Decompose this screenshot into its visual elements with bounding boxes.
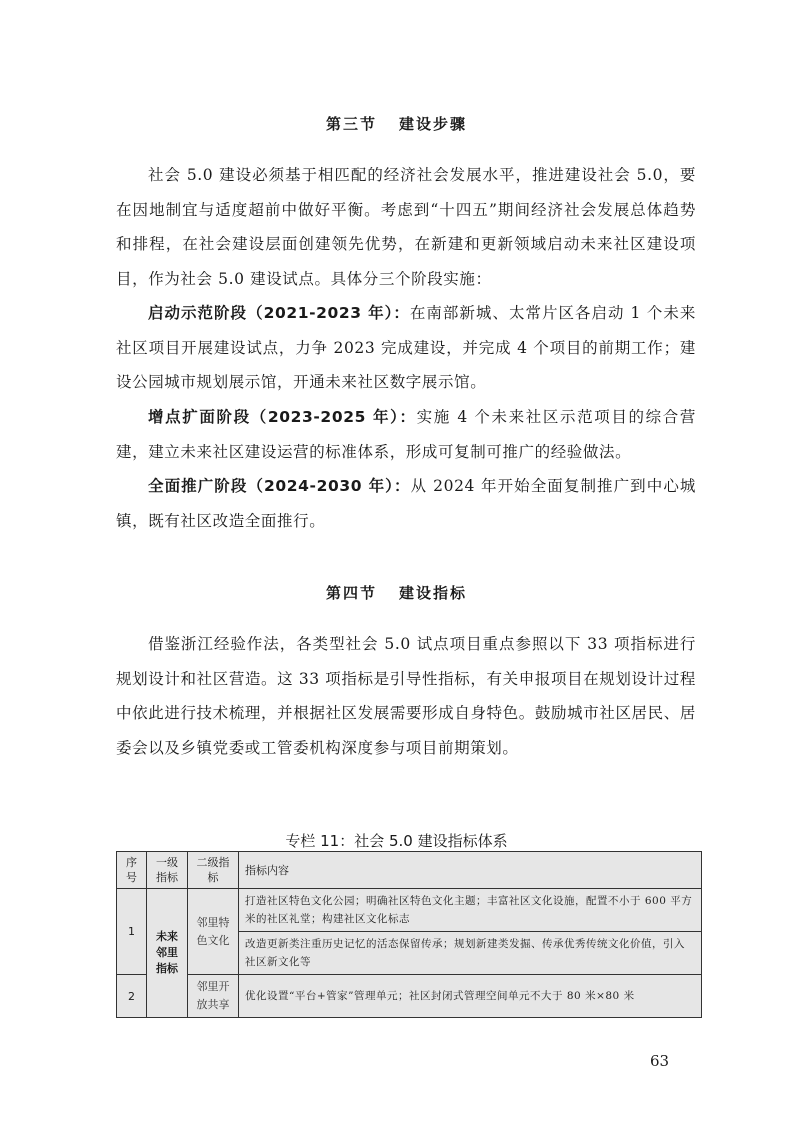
- paragraph-phase-1: 启动示范阶段（2021-2023 年）：在南部新城、太常片区各启动 1 个未来社…: [116, 296, 696, 400]
- phase-label: 增点扩面阶段（2023-2025 年）：: [148, 408, 417, 426]
- header-seq: 序号: [117, 852, 147, 889]
- header-level1: 一级指标: [147, 852, 188, 889]
- section-number: 第四节: [326, 584, 377, 602]
- row-content: 优化设置“平台+管家”管理单元；社区封闭式管理空间单元不大于 80 米×80 米: [239, 975, 702, 1018]
- table-header-row: 序号 一级指标 二级指标 指标内容: [117, 852, 702, 889]
- page-number: 63: [650, 1052, 669, 1070]
- phase-label: 全面推广阶段（2024-2030 年）：: [148, 477, 411, 495]
- section-title: 建设步骤: [399, 115, 467, 133]
- header-level2: 二级指标: [188, 852, 239, 889]
- table-row: 2 邻里开放共享 优化设置“平台+管家”管理单元；社区封闭式管理空间单元不大于 …: [117, 975, 702, 1018]
- indicator-table: 序号 一级指标 二级指标 指标内容 1 未来邻里指标 邻里特色文化 打造社区特色…: [116, 851, 702, 1018]
- paragraph-phase-2: 增点扩面阶段（2023-2025 年）：实施 4 个未来社区示范项目的综合营建，…: [116, 400, 696, 469]
- paragraph-intro-indicators: 借鉴浙江经验作法，各类型社会 5.0 试点项目重点参照以下 33 项指标进行规划…: [116, 627, 696, 765]
- section-heading-4: 第四节建设指标: [0, 582, 793, 603]
- section-number: 第三节: [326, 115, 377, 133]
- section-title: 建设指标: [399, 584, 467, 602]
- row-level2: 邻里特色文化: [188, 889, 239, 975]
- paragraph-phase-3: 全面推广阶段（2024-2030 年）：从 2024 年开始全面复制推广到中心城…: [116, 469, 696, 538]
- section-heading-3: 第三节建设步骤: [0, 113, 793, 134]
- row-content: 改造更新类注重历史记忆的活态保留传承；规划新建类发掘、传承优秀传统文化价值，引入…: [239, 932, 702, 975]
- paragraph-intro-steps: 社会 5.0 建设必须基于相匹配的经济社会发展水平，推进建设社会 5.0，要在因…: [116, 158, 696, 296]
- row-level1: 未来邻里指标: [147, 889, 188, 1018]
- row-seq: 1: [117, 889, 147, 975]
- table-caption: 专栏 11：社会 5.0 建设指标体系: [0, 830, 793, 851]
- table-row: 1 未来邻里指标 邻里特色文化 打造社区特色文化公园；明确社区特色文化主题；丰富…: [117, 889, 702, 932]
- header-content: 指标内容: [239, 852, 702, 889]
- row-level2: 邻里开放共享: [188, 975, 239, 1018]
- phase-label: 启动示范阶段（2021-2023 年）：: [148, 304, 410, 322]
- row-seq: 2: [117, 975, 147, 1018]
- row-content: 打造社区特色文化公园；明确社区特色文化主题；丰富社区文化设施，配置不小于 600…: [239, 889, 702, 932]
